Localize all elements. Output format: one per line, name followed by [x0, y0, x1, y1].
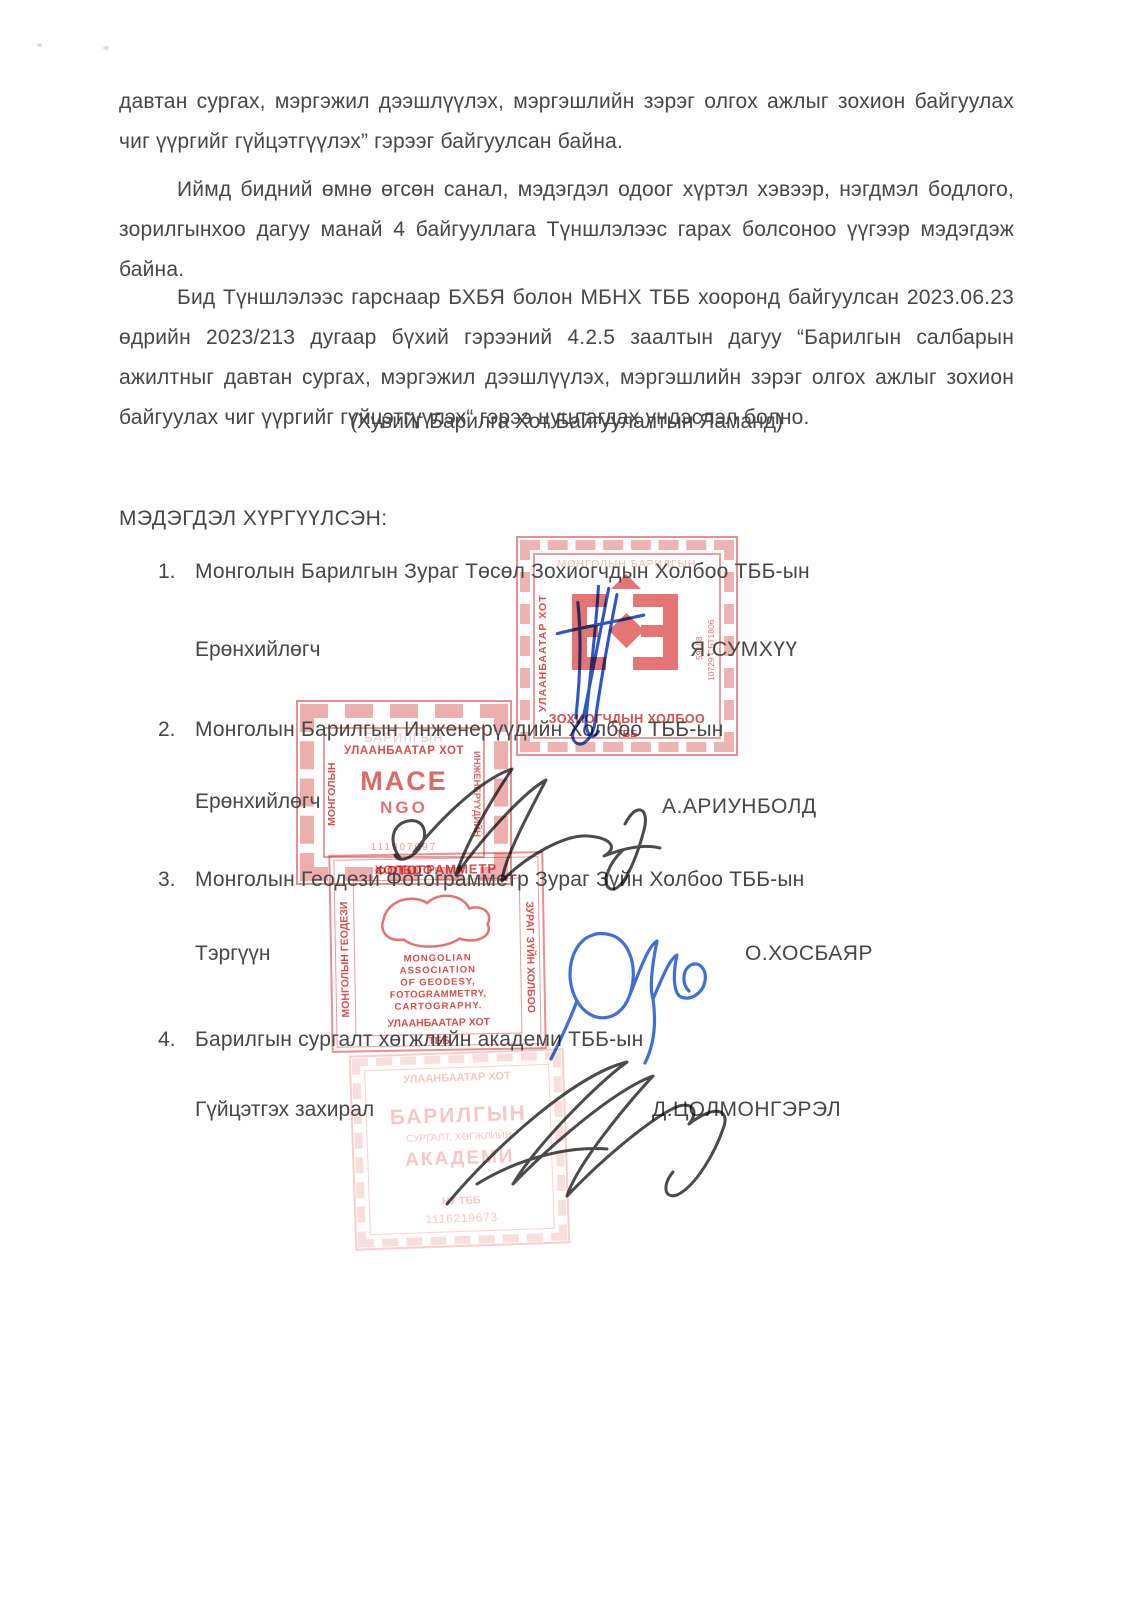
recipient-number: 1. — [158, 560, 176, 584]
recipient-number: 4. — [158, 1028, 176, 1052]
recipient-title: Тэргүүн — [195, 942, 270, 966]
paragraph-2: Иймд бидний өмнө өгсөн санал, мэдэгдэл о… — [119, 170, 1014, 290]
stamp-en-line5: CARTOGRAPHY. — [331, 999, 546, 1014]
stamp-left-vertical: МОНГОЛЫН ГЕОДЕЗИ — [338, 885, 353, 1035]
recipient-signer-name: А.АРИУНБОЛД — [662, 795, 817, 819]
recipient-signer-name: Я.СУМХҮҮ — [690, 638, 798, 662]
recipient-number: 3. — [158, 868, 176, 892]
recipient-title: Ерөнхийлөгч — [195, 790, 320, 814]
stamp-left-vertical: МОНГОЛЫН — [326, 744, 338, 844]
recipient-title: Ерөнхийлөгч — [195, 638, 320, 662]
recipient-signer-name: О.ХОСБАЯР — [745, 942, 873, 966]
section-heading: МЭДЭГДЭЛ ХҮРГҮҮЛСЭН: — [119, 507, 388, 531]
scanned-letter-page: МОНГОЛЫН БАРИЛГЫН УЛААНБААТАР ХОТ 59188 … — [0, 0, 1131, 1600]
signature-khosbayar — [545, 895, 750, 1070]
recipient-title: Гүйцэтгэх захирал — [195, 1098, 374, 1122]
recipient-organization: Монголын Барилгын Зураг Төсөл Зохиогчдын… — [195, 560, 810, 584]
signature-tsolmongerel — [415, 1052, 740, 1237]
paragraph-1: давтан сургах, мэргэжил дээшлүүлэх, мэрг… — [119, 82, 1014, 162]
signature-ariunbold — [372, 762, 682, 917]
recipient-number: 2. — [158, 718, 176, 742]
scan-speck — [103, 46, 109, 50]
signature-sumkhuu — [548, 578, 653, 753]
copy-note: (Хувийг Барилга Хот Байгуулалтын Яаманд) — [119, 410, 1014, 434]
scan-speck — [37, 43, 42, 47]
